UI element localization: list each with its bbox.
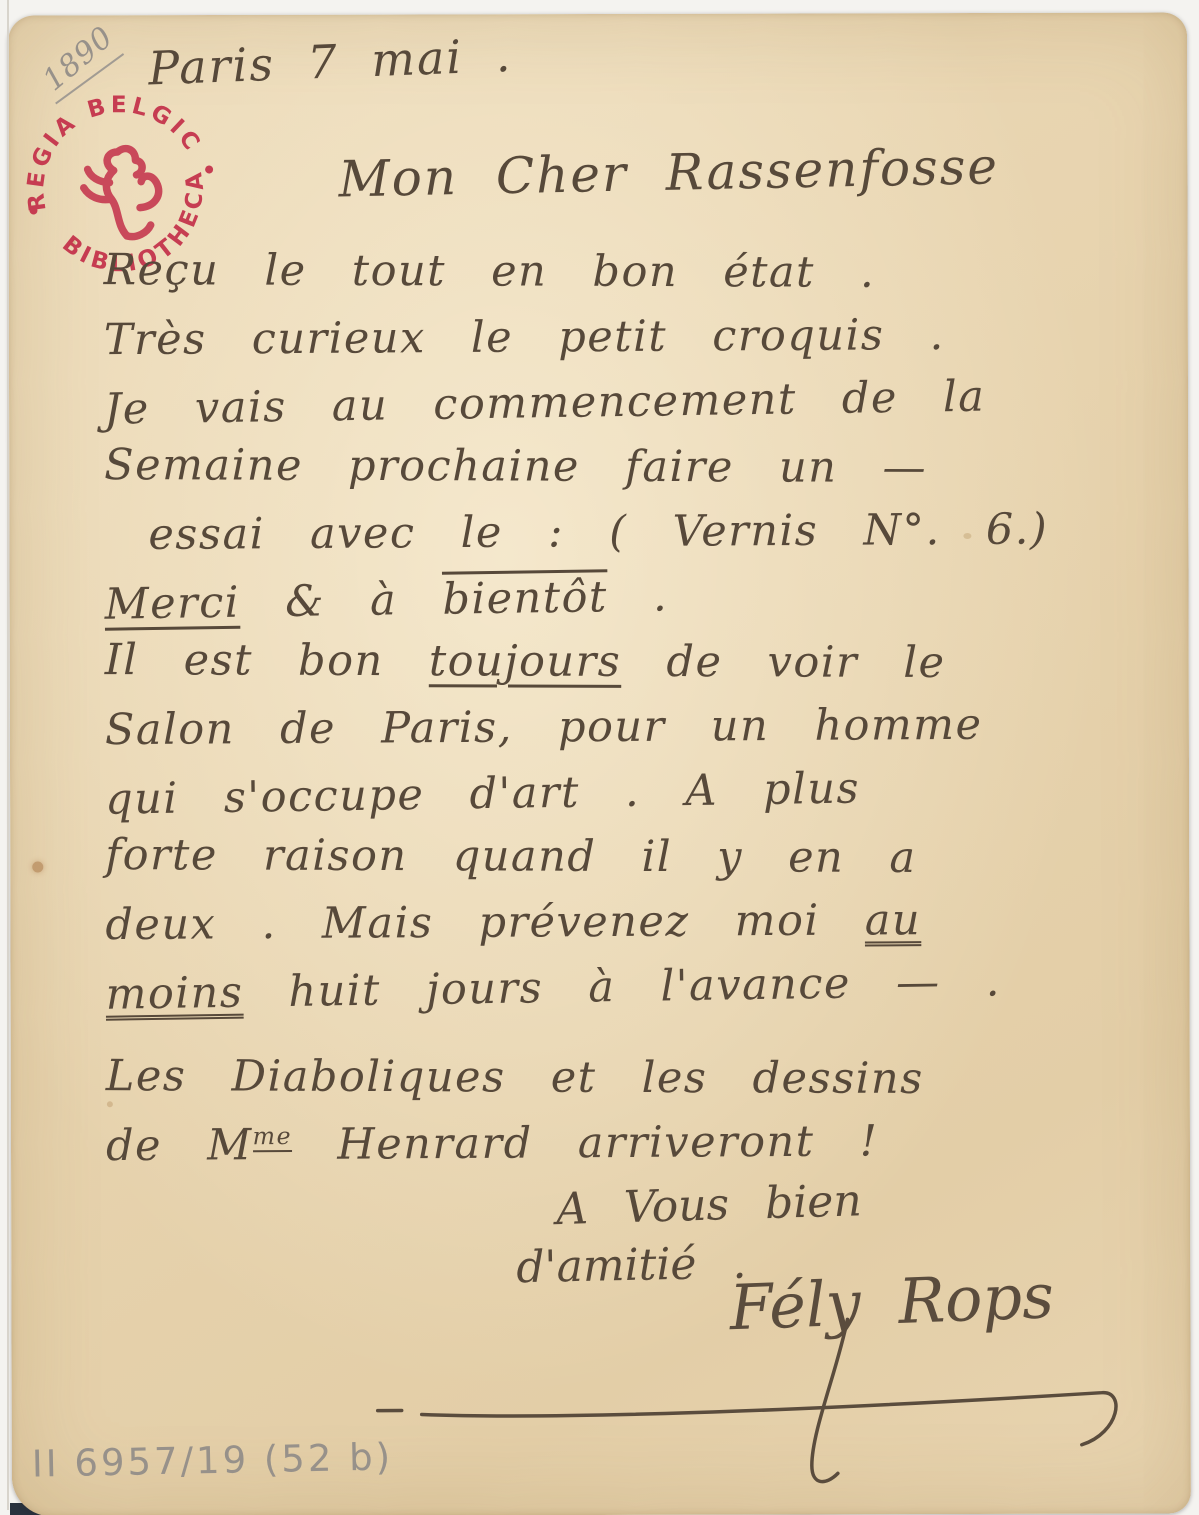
letter-text-segment: me (253, 1122, 293, 1152)
letter-line: essai avec le : ( Vernis N°. 6.) (148, 497, 1154, 568)
letter-line: Très curieux le petit croquis . (104, 302, 1154, 373)
letter-salutation: Mon Cher Rassenfosse (338, 137, 999, 208)
letter-line: forte raison quand il y en a (105, 823, 1155, 892)
letter-text-segment: qui s'occupe d'art . A plus (105, 764, 861, 825)
letter-closing-line2: d'amitié . (516, 1238, 747, 1294)
letter-line: Merci & à bientôt . (104, 557, 1155, 638)
letter-line: qui s'occupe d'art . A plus (105, 752, 1156, 833)
letter-text-segment: Très curieux le petit croquis . (104, 310, 945, 365)
letter-text-segment: Henrard arriveront ! (292, 1116, 879, 1170)
letter-line: moins huit jours à l'avance — . (105, 947, 1156, 1028)
letter-dateline: Paris 7 mai . (147, 28, 513, 96)
letter-line: de Mme Henrard arriveront ! (106, 1108, 1156, 1179)
letter-text-segment: au (865, 895, 922, 945)
letter-text-segment: bientôt (442, 572, 608, 624)
letter-line: Les Diaboliques et les dessins (106, 1044, 1156, 1113)
lion-rampant-icon (76, 142, 172, 248)
letter-text-segment: forte raison quand il y en a (105, 830, 917, 883)
letter-line: Je vais au commencement de la (104, 362, 1155, 443)
letter-text-segment: moins (105, 968, 243, 1020)
letter-text-segment: huit jours à l'avance — . (243, 956, 1001, 1017)
letter-text-segment: & à (240, 575, 443, 628)
letter-line: Salon de Paris, pour un homme (105, 692, 1155, 763)
scanned-letter-background: { "scan": { "description": "Handwritten … (0, 0, 1199, 1515)
letter-text-segment: Les Diaboliques et les dessins (106, 1051, 924, 1104)
letter-text-segment: Il est bon (105, 635, 429, 686)
age-spot (32, 861, 43, 872)
letter-text-segment: . (607, 571, 668, 622)
letter-text-segment: Reçu le tout en bon état . (104, 245, 876, 298)
signature-flourish (359, 1312, 1190, 1514)
letter-text-segment: Semaine prochaine faire un — (104, 440, 927, 493)
letter-line: Semaine prochaine faire un — (104, 433, 1154, 502)
letter-text-segment: Merci (104, 578, 240, 630)
letter-line: Reçu le tout en bon état . (104, 238, 1154, 307)
letter-body: Reçu le tout en bon état .Très curieux l… (104, 239, 1156, 1178)
letter-text-segment: de voir le (621, 637, 945, 688)
letter-page: REGIA BELGICA BIBLIOTHECA 1890 Paris 7 m… (8, 12, 1191, 1515)
scan-left-edge (7, 0, 9, 1510)
letter-line: Il est bon toujours de voir le (105, 628, 1155, 697)
catalog-number: II 6957/19 (52 b) (31, 1435, 393, 1485)
letter-text-segment: toujours (429, 636, 622, 687)
letter-text-segment: Je vais au commencement de la (104, 372, 986, 435)
letter-text-segment: deux . Mais prévenez moi (105, 895, 865, 950)
letter-closing-line1: A Vous bien (555, 1175, 862, 1235)
letter-line: deux . Mais prévenez moi au (105, 887, 1155, 958)
letter-text-segment: essai avec le : ( Vernis N°. 6.) (148, 504, 1048, 559)
letter-text-segment: de M (106, 1120, 253, 1171)
letter-text-segment: Salon de Paris, pour un homme (105, 700, 983, 755)
